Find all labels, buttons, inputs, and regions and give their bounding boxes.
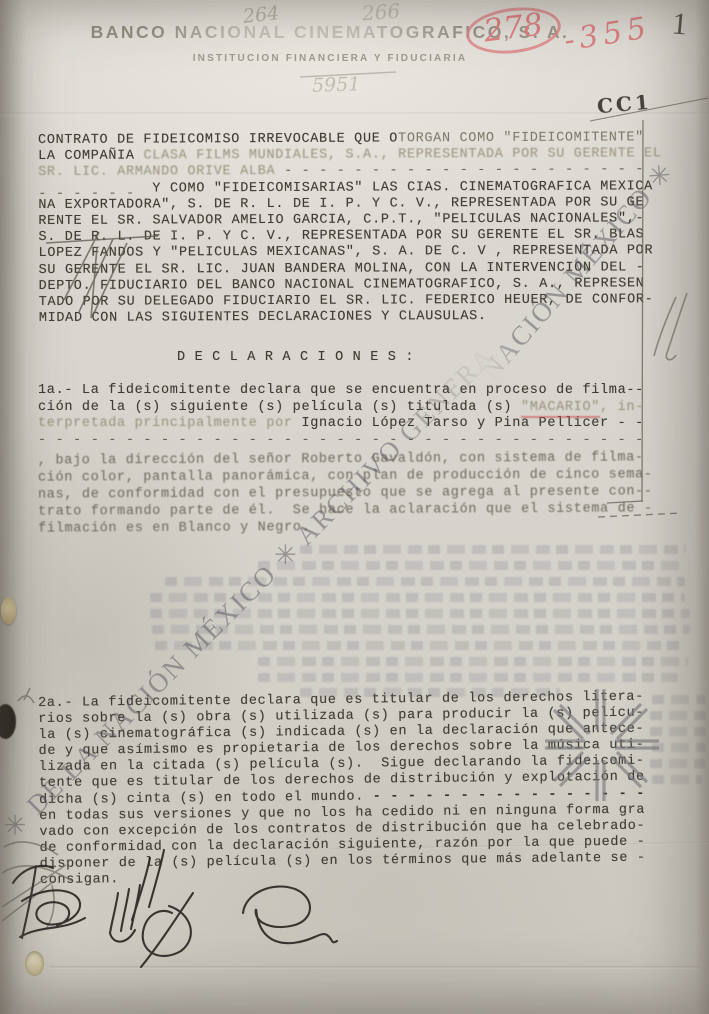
bank-subtitle: INSTITUCION FINANCIERA Y FIDUCIARIA [60, 53, 600, 64]
pencil-number: 5951 [312, 73, 361, 97]
bleedthrough-line [155, 641, 685, 650]
document-page: BANCO NACIONAL CINEMATOGRAFICO, S. A. IN… [0, 0, 709, 1014]
pencil-number: 266 [361, 0, 401, 25]
bleedthrough-line [300, 545, 685, 554]
clause-1a: 1a.- La fideicomitente declara que se en… [38, 383, 662, 449]
paper-crease [50, 966, 700, 969]
page-right-edge-shadow [695, 0, 709, 1014]
page-number: 1 [670, 5, 689, 42]
page-left-edge-shadow [0, 0, 26, 1014]
pencil-number: 264 [242, 2, 280, 28]
bleedthrough-line [650, 727, 706, 736]
bleedthrough-line [258, 673, 678, 682]
bleedthrough-line [258, 561, 686, 570]
archive-number-rest: -355 [562, 13, 653, 56]
bleedthrough-line [650, 759, 705, 768]
corner-code-annotation: CC1 [596, 90, 653, 119]
bleedthrough-line [300, 688, 560, 697]
bleedthrough-line [650, 711, 706, 720]
hole-punch [25, 951, 44, 976]
declarations-heading: D E C L A R A C I O N E S : [177, 350, 414, 365]
bleedthrough-line [258, 657, 688, 666]
bleedthrough-line [652, 695, 706, 704]
bleedthrough-line [652, 743, 706, 752]
hole-punch [1, 597, 16, 624]
bleedthrough-line [652, 775, 702, 784]
archive-number-circled: 278 [464, 2, 564, 58]
archive-number-stamp: 278 -355 [466, 8, 650, 53]
